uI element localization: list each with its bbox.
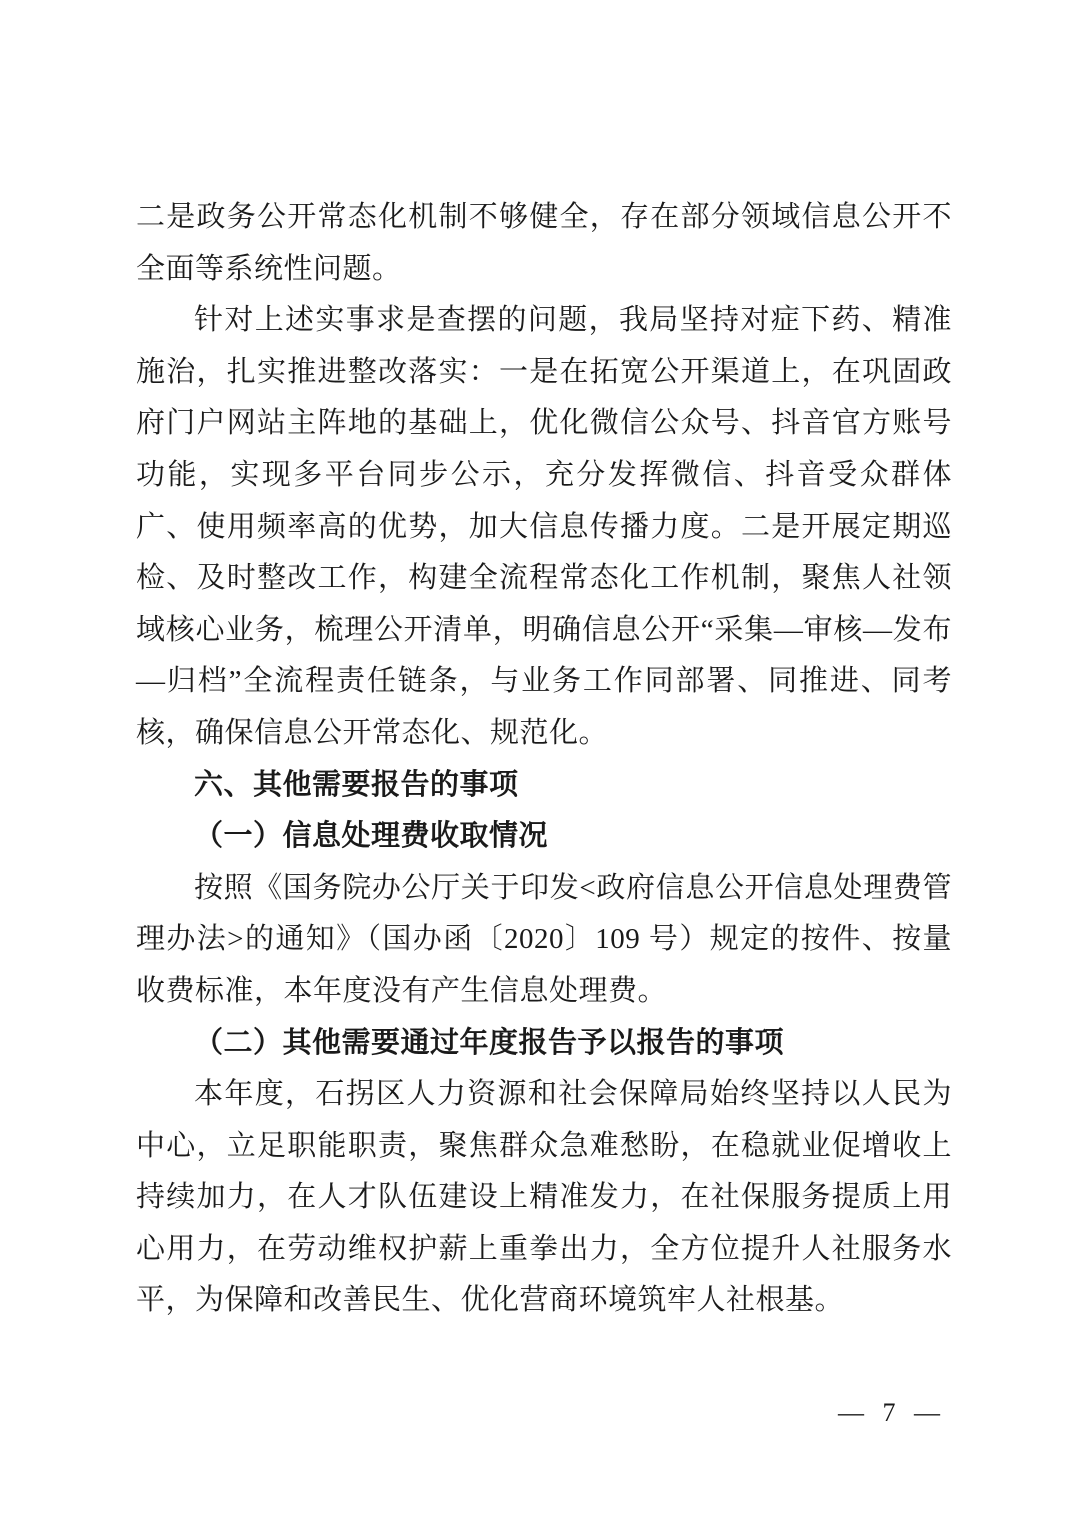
subsection-heading-2: （二）其他需要通过年度报告予以报告的事项	[136, 1018, 952, 1070]
paragraph: 本年度，石拐区人力资源和社会保障局始终坚持以人民为中心，立足职能职责，聚焦群众急…	[136, 1069, 952, 1327]
paragraph: 按照《国务院办公厅关于印发<政府信息公开信息处理费管理办法>的通知》（国办函〔2…	[136, 863, 952, 1018]
section-heading: 六、其他需要报告的事项	[136, 760, 952, 812]
document-body: 二是政务公开常态化机制不够健全，存在部分领域信息公开不全面等系统性问题。 针对上…	[136, 192, 952, 1327]
page-number: — 7 —	[838, 1398, 952, 1427]
paragraph: 针对上述实事求是查摆的问题，我局坚持对症下药、精准施治，扎实推进整改落实：一是在…	[136, 295, 952, 759]
page-footer: — 7 —	[136, 1398, 952, 1428]
paragraph-continuation: 二是政务公开常态化机制不够健全，存在部分领域信息公开不全面等系统性问题。	[136, 192, 952, 295]
document-page: 二是政务公开常态化机制不够健全，存在部分领域信息公开不全面等系统性问题。 针对上…	[0, 0, 1074, 1520]
subsection-heading-1: （一）信息处理费收取情况	[136, 811, 952, 863]
